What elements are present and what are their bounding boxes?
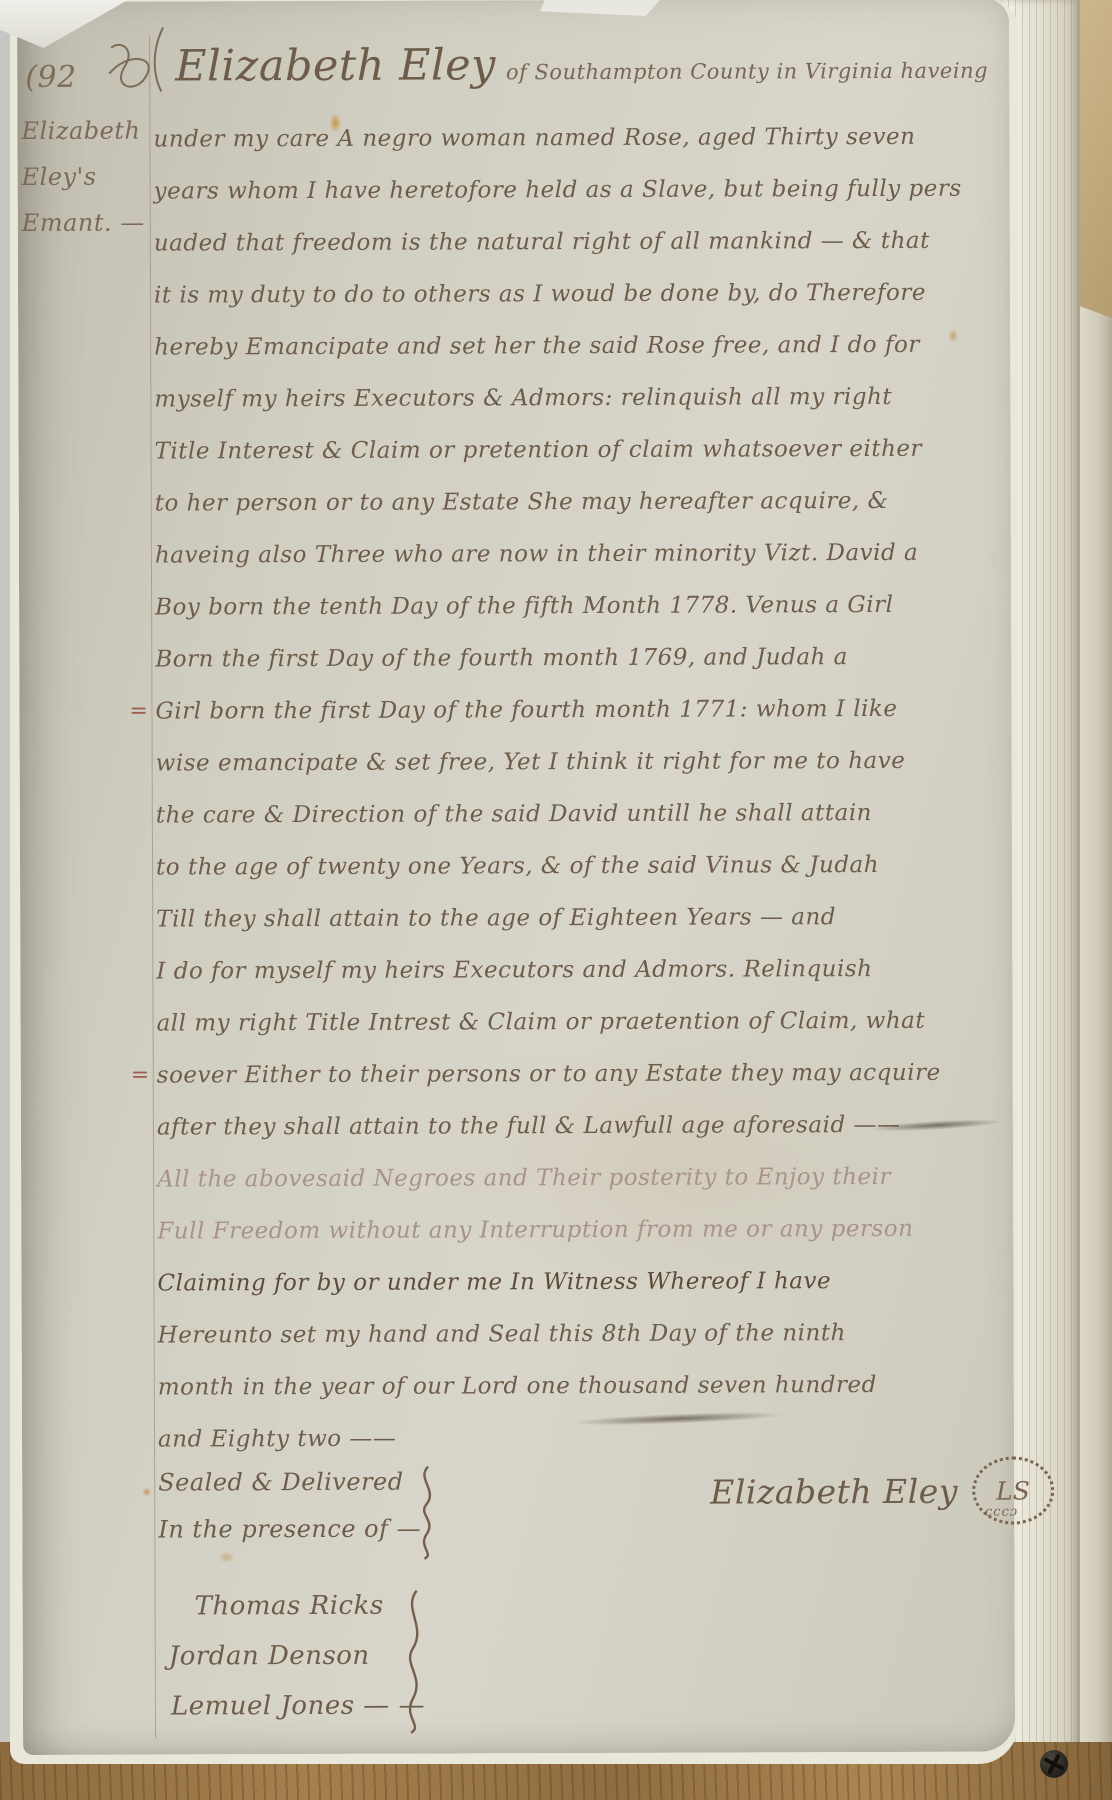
line-text: to the age of twenty one Years, & of the… <box>156 852 879 881</box>
manuscript-line: =soever Either to their persons or to an… <box>157 1047 1007 1102</box>
manuscript-line: the care & Direction of the said David u… <box>156 787 1006 842</box>
manuscript-line: All the abovesaid Negroes and Their post… <box>157 1151 1007 1206</box>
manuscript-page: (92 Elizabeth Eleyof Southampton County … <box>17 0 1015 1755</box>
signature-block: Elizabeth Eley LS cccɔ <box>710 1456 1054 1525</box>
paper-stain <box>329 113 341 133</box>
line-text: Born the first Day of the fourth month 1… <box>155 644 848 672</box>
margin-mark: = <box>129 686 148 738</box>
line-text: Girl born the first Day of the fourth mo… <box>155 696 897 725</box>
witness-brace-icon <box>401 1587 430 1737</box>
line-text: and Eighty two —— <box>158 1426 396 1453</box>
attestation-line: In the presence of — <box>158 1506 421 1554</box>
margin-note-line: Elizabeth <box>21 108 147 154</box>
margin-note-line: Emant. — <box>22 200 148 246</box>
line-text: month in the year of our Lord one thousa… <box>158 1372 877 1401</box>
line-text: All the abovesaid Negroes and Their post… <box>157 1164 891 1193</box>
line-text: Title Interest & Claim or pretention of … <box>155 436 923 465</box>
manuscript-line: Title Interest & Claim or pretention of … <box>154 423 1004 478</box>
title-name: Elizabeth Eley <box>175 40 496 91</box>
document-title: Elizabeth Eleyof Southampton County in V… <box>175 43 988 89</box>
line-text: Full Freedom without any Interruption fr… <box>157 1216 913 1245</box>
witness-signature: Lemuel Jones — — <box>169 1681 425 1732</box>
manuscript-line: wise emancipate & set free, Yet I think … <box>156 735 1006 790</box>
margin-note-line: Eley's <box>22 154 148 200</box>
line-text: the care & Direction of the said David u… <box>156 800 872 828</box>
line-text: to her person or to any Estate She may h… <box>155 488 889 517</box>
line-text: under my care A negro woman named Rose, … <box>153 124 915 153</box>
line-text: years whom I have heretofore held as a S… <box>154 176 962 205</box>
body-lines: under my care A negro woman named Rose, … <box>153 111 1008 1466</box>
screw-head-icon <box>1040 1750 1068 1778</box>
manuscript-line: Born the first Day of the fourth month 1… <box>155 631 1005 686</box>
witness-signature: Jordan Denson <box>169 1631 425 1682</box>
manuscript-line: Full Freedom without any Interruption fr… <box>157 1203 1007 1258</box>
manuscript-line: Hereunto set my hand and Seal this 8th D… <box>158 1307 1008 1362</box>
line-text: Boy born the tenth Day of the fifth Mont… <box>155 592 893 621</box>
manuscript-line: hereby Emancipate and set her the said R… <box>154 319 1004 374</box>
manuscript-line: Claiming for by or under me In Witness W… <box>157 1255 1007 1310</box>
wax-seal-icon: LS cccɔ <box>972 1456 1054 1524</box>
line-text: Hereunto set my hand and Seal this 8th D… <box>158 1320 846 1348</box>
photographed-manuscript: (92 Elizabeth Eleyof Southampton County … <box>0 0 1112 1800</box>
paper-stain <box>142 1488 151 1497</box>
margin-mark: = <box>131 1050 150 1102</box>
attestation-line: Sealed & Delivered <box>158 1459 421 1507</box>
paper-stain <box>948 329 958 343</box>
line-text: it is my duty to do to others as I woud … <box>154 280 926 309</box>
attestation-block: Sealed & DeliveredIn the presence of — <box>158 1459 421 1554</box>
manuscript-line: to her person or to any Estate She may h… <box>155 475 1005 530</box>
line-text: Claiming for by or under me In Witness W… <box>157 1268 831 1296</box>
manuscript-line: myself my heirs Executors & Admors: reli… <box>154 371 1004 426</box>
title-subtext: of Southampton County in Virginia havein… <box>506 59 988 85</box>
manuscript-line: Till they shall attain to the age of Eig… <box>156 891 1006 946</box>
manuscript-line: years whom I have heretofore held as a S… <box>154 163 1004 218</box>
manuscript-line: to the age of twenty one Years, & of the… <box>156 839 1006 894</box>
line-text: haveing also Three who are now in their … <box>155 540 918 569</box>
manuscript-line: month in the year of our Lord one thousa… <box>158 1359 1008 1414</box>
line-text: I do for myself my heirs Executors and A… <box>156 956 872 984</box>
attestation-brace-icon <box>414 1463 440 1563</box>
signature: Elizabeth Eley <box>710 1471 958 1511</box>
manuscript-line: uaded that freedom is the natural right … <box>154 215 1004 270</box>
seal-text: LS <box>996 1476 1030 1505</box>
line-text: Till they shall attain to the age of Eig… <box>156 904 836 932</box>
page-number: (92 <box>25 60 77 95</box>
manuscript-line: =Girl born the first Day of the fourth m… <box>155 683 1005 738</box>
manuscript-line: Boy born the tenth Day of the fifth Mont… <box>155 579 1005 634</box>
line-text: hereby Emancipate and set her the said R… <box>154 332 920 361</box>
line-text: uaded that freedom is the natural right … <box>154 228 930 257</box>
line-text: all my right Title Intrest & Claim or pr… <box>157 1008 926 1037</box>
manuscript-line: all my right Title Intrest & Claim or pr… <box>156 995 1006 1050</box>
line-text: soever Either to their persons or to any… <box>157 1060 941 1089</box>
manuscript-line: I do for myself my heirs Executors and A… <box>156 943 1006 998</box>
line-text: wise emancipate & set free, Yet I think … <box>156 748 906 777</box>
line-text: after they shall attain to the full & La… <box>157 1112 901 1141</box>
seal-flourish: cccɔ <box>985 1505 1018 1520</box>
manuscript-line: haveing also Three who are now in their … <box>155 527 1005 582</box>
manuscript-line: it is my duty to do to others as I woud … <box>154 267 1004 322</box>
manuscript-line: under my care A negro woman named Rose, … <box>153 111 1003 166</box>
witness-signature: Thomas Ricks <box>169 1581 425 1632</box>
margin-note: ElizabethEley'sEmant. — <box>21 108 147 246</box>
line-text: myself my heirs Executors & Admors: reli… <box>154 384 892 413</box>
witness-list: Thomas RicksJordan DensonLemuel Jones — … <box>169 1581 426 1732</box>
